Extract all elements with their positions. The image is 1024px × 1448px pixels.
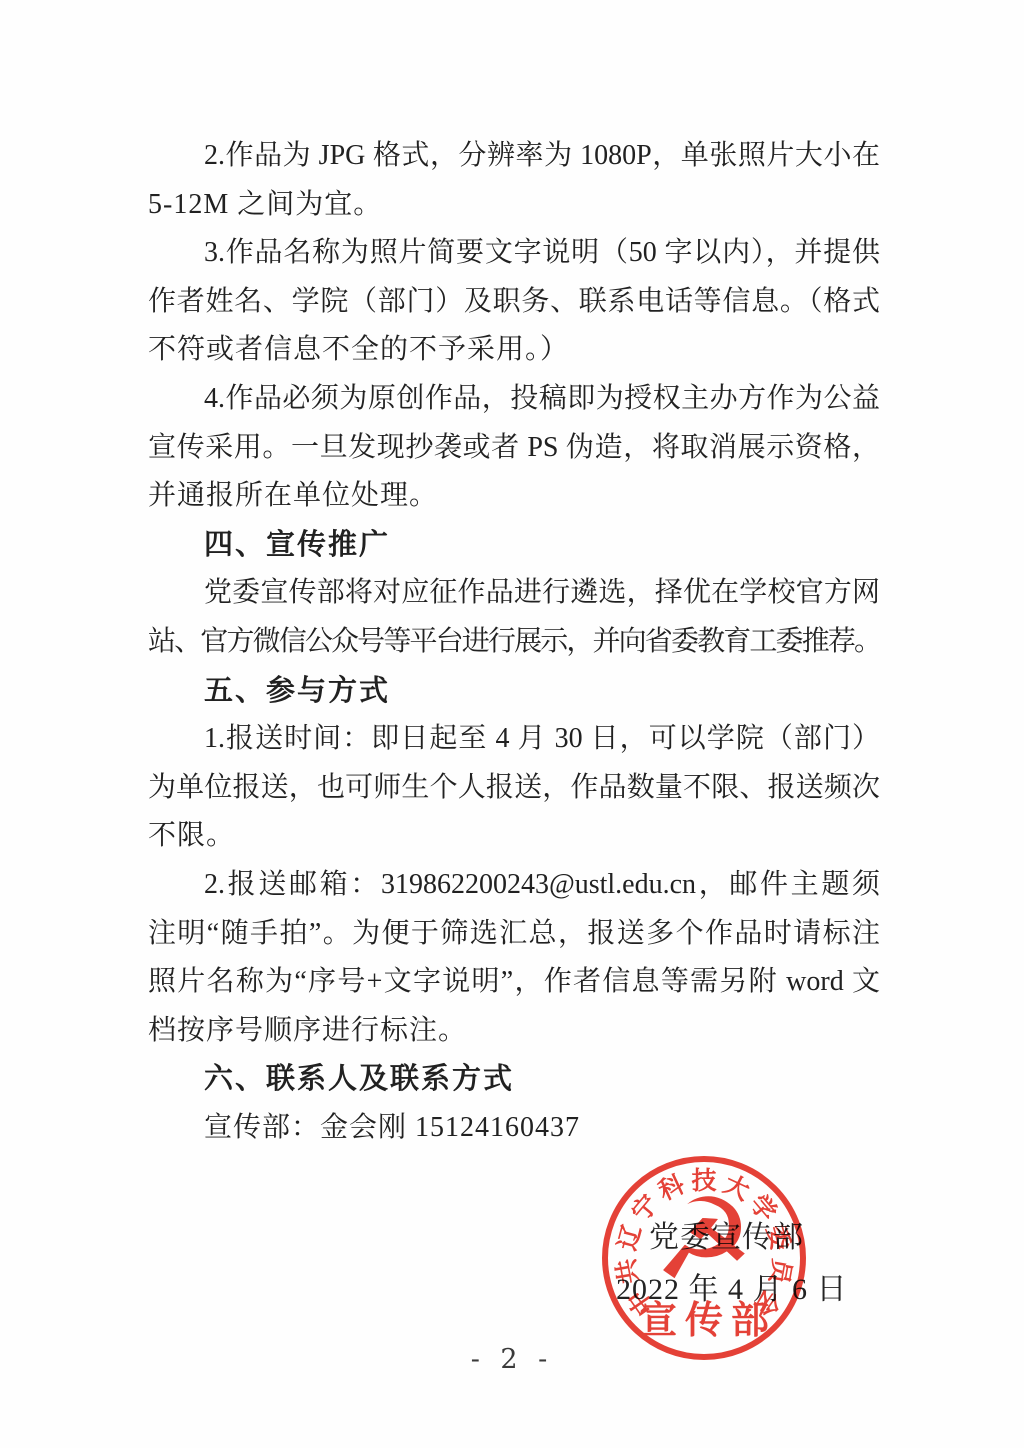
doc-line: 2.作品为 JPG 格式，分辨率为 1080P，单张照片大小在 (148, 132, 880, 181)
doc-line: 并通报所在单位处理。 (148, 472, 880, 521)
section-heading: 四、宣传推广 (148, 521, 880, 570)
page-number: - 2 - (0, 1344, 1024, 1375)
doc-line: 站、官方微信公众号等平台进行展示，并向省委教育工委推荐。 (148, 618, 880, 667)
doc-line: 为单位报送，也可师生个人报送，作品数量不限、报送频次 (148, 764, 880, 813)
doc-line: 5-12M 之间为宜。 (148, 181, 880, 230)
doc-line: 2.报送邮箱：319862200243@ustl.edu.cn，邮件主题须 (148, 861, 880, 910)
signature-department: 党委宣传部 (649, 1221, 804, 1255)
doc-line: 档按序号顺序进行标注。 (148, 1007, 880, 1056)
section-heading: 六、联系人及联系方式 (148, 1055, 880, 1104)
doc-line: 注明“随手拍”。为便于筛选汇总，报送多个作品时请标注 (148, 910, 880, 959)
document-page: 2.作品为 JPG 格式，分辨率为 1080P，单张照片大小在5-12M 之间为… (0, 0, 1024, 1448)
doc-line: 宣传采用。一旦发现抄袭或者 PS 伪造，将取消展示资格， (148, 424, 880, 473)
doc-line: 照片名称为“序号+文字说明”，作者信息等需另附 word 文 (148, 958, 880, 1007)
doc-line: 4.作品必须为原创作品，投稿即为授权主办方作为公益 (148, 375, 880, 424)
doc-line: 3.作品名称为照片简要文字说明（50 字以内），并提供 (148, 229, 880, 278)
official-seal: 中共辽宁科技大学委员会 ☭ 宣传部 (602, 1156, 806, 1360)
doc-line: 作者姓名、学院（部门）及职务、联系电话等信息。（格式 (148, 278, 880, 327)
doc-line: 宣传部：金会刚 15124160437 (148, 1104, 880, 1153)
doc-line: 不符或者信息不全的不予采用。） (148, 326, 880, 375)
doc-line: 不限。 (148, 812, 880, 861)
doc-line: 党委宣传部将对应征作品进行遴选，择优在学校官方网 (148, 569, 880, 618)
doc-line: 1.报送时间：即日起至 4 月 30 日，可以学院（部门） (148, 715, 880, 764)
section-heading: 五、参与方式 (148, 667, 880, 716)
signature-date: 2022 年 4 月 6 日 (616, 1273, 848, 1307)
document-body: 2.作品为 JPG 格式，分辨率为 1080P，单张照片大小在5-12M 之间为… (148, 132, 880, 1152)
